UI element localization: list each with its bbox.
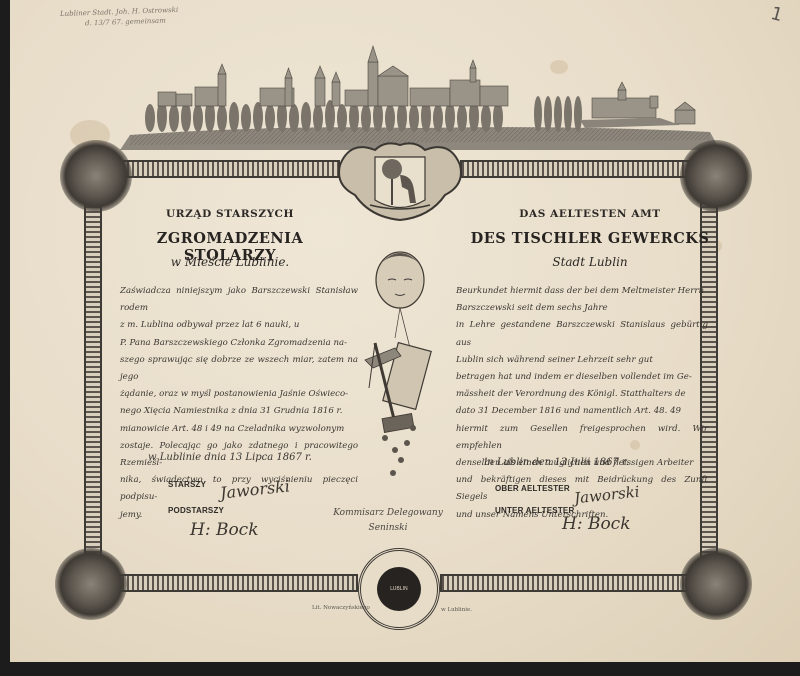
frame-top-right-band xyxy=(460,160,700,178)
commission-title: Kommisarz Delegowany xyxy=(318,506,458,521)
body-right-line: Barszczewski seit dem sechs Jahre xyxy=(456,300,708,317)
role-label-podstarszy: PODSTARSZY xyxy=(168,506,224,515)
header-right-line3: Stadt Lublin xyxy=(480,255,700,269)
body-right-line: Beurkundet hiermit dass der bei dem Melt… xyxy=(456,283,708,300)
frame-corner-top-left-ornament xyxy=(60,140,132,212)
header-left-line3: w Mieście Lublinie. xyxy=(120,255,340,269)
frame-corner-bottom-right-ornament xyxy=(680,548,752,620)
frame-top-left-band xyxy=(100,160,340,178)
body-right-line: Lublin sich während seiner Lehrzeit sehr… xyxy=(456,352,708,369)
frame-bottom-right-band xyxy=(440,574,702,592)
dateline-german: in Lublin den 13 Julii 1867 r. xyxy=(484,457,629,468)
frame-bottom-left-band xyxy=(100,574,358,592)
frame-corner-top-right-ornament xyxy=(680,140,752,212)
dateline-polish: w Lublinie dnia 13 Lipca 1867 r. xyxy=(148,452,312,463)
signature-unter-aeltester: H: Bock xyxy=(562,514,631,534)
body-left-line: z m. Lublina odbywał przez lat 6 nauki, … xyxy=(120,317,358,334)
body-left-line: szego sprawując się dobrze ze wszech mia… xyxy=(120,352,358,386)
commission-name: Seninski xyxy=(318,521,458,536)
frame-left-band xyxy=(84,190,102,570)
guild-seal: LUBLIN xyxy=(358,548,440,630)
city-panorama-illustration xyxy=(120,40,720,150)
header-left-line1: URZĄD STARSZYCH xyxy=(120,208,340,220)
scan-edge-bottom xyxy=(0,662,800,676)
signature-podstarszy: H: Bock xyxy=(190,520,259,540)
frame-corner-bottom-left-ornament xyxy=(55,548,127,620)
body-right-line: hiermit zum Gesellen freigesprochen wird… xyxy=(456,421,708,455)
mask-and-carpentry-tools-illustration xyxy=(355,238,445,488)
body-left-line: żądanie, oraz w myśl postanowienia Jaśni… xyxy=(120,386,358,403)
coat-of-arms-goat-tree-icon xyxy=(330,135,470,225)
body-left-line: P. Pana Barszczewskiego Członka Zgromadz… xyxy=(120,335,358,352)
scan-edge-left xyxy=(0,0,10,676)
body-right-line: dato 31 December 1816 und namentlich Art… xyxy=(456,403,708,420)
commission-signature: Kommisarz Delegowany Seninski xyxy=(318,506,458,536)
body-left-line: Zaświadcza niniejszym jako Barszczewski … xyxy=(120,283,358,317)
lithographer-imprint: Lit. Nowaczyńskiego xyxy=(312,605,370,611)
role-label-starszy: STARSZY xyxy=(168,480,206,489)
role-label-ober-aeltester: OBER AELTESTER xyxy=(495,484,570,493)
header-right-line1: DAS AELTESTEN AMT xyxy=(480,208,700,220)
seal-crown-emblem: LUBLIN xyxy=(377,567,421,611)
lithographer-place: w Lublinie. xyxy=(441,607,472,613)
body-right-line: in Lehre gestandene Barszczewski Stanisl… xyxy=(456,317,708,351)
body-right-line: betragen hat und indem er dieselben voll… xyxy=(456,369,708,386)
body-right-line: mässheit der Verordnung des Königl. Stat… xyxy=(456,386,708,403)
body-left-line: nego Xięcia Namiestnika z dnia 31 Grudni… xyxy=(120,403,358,420)
body-left-line: mianowicie Art. 48 i 49 na Czeladnika wy… xyxy=(120,421,358,438)
header-right-line2: DES TISCHLER GEWERCKS xyxy=(470,230,710,247)
